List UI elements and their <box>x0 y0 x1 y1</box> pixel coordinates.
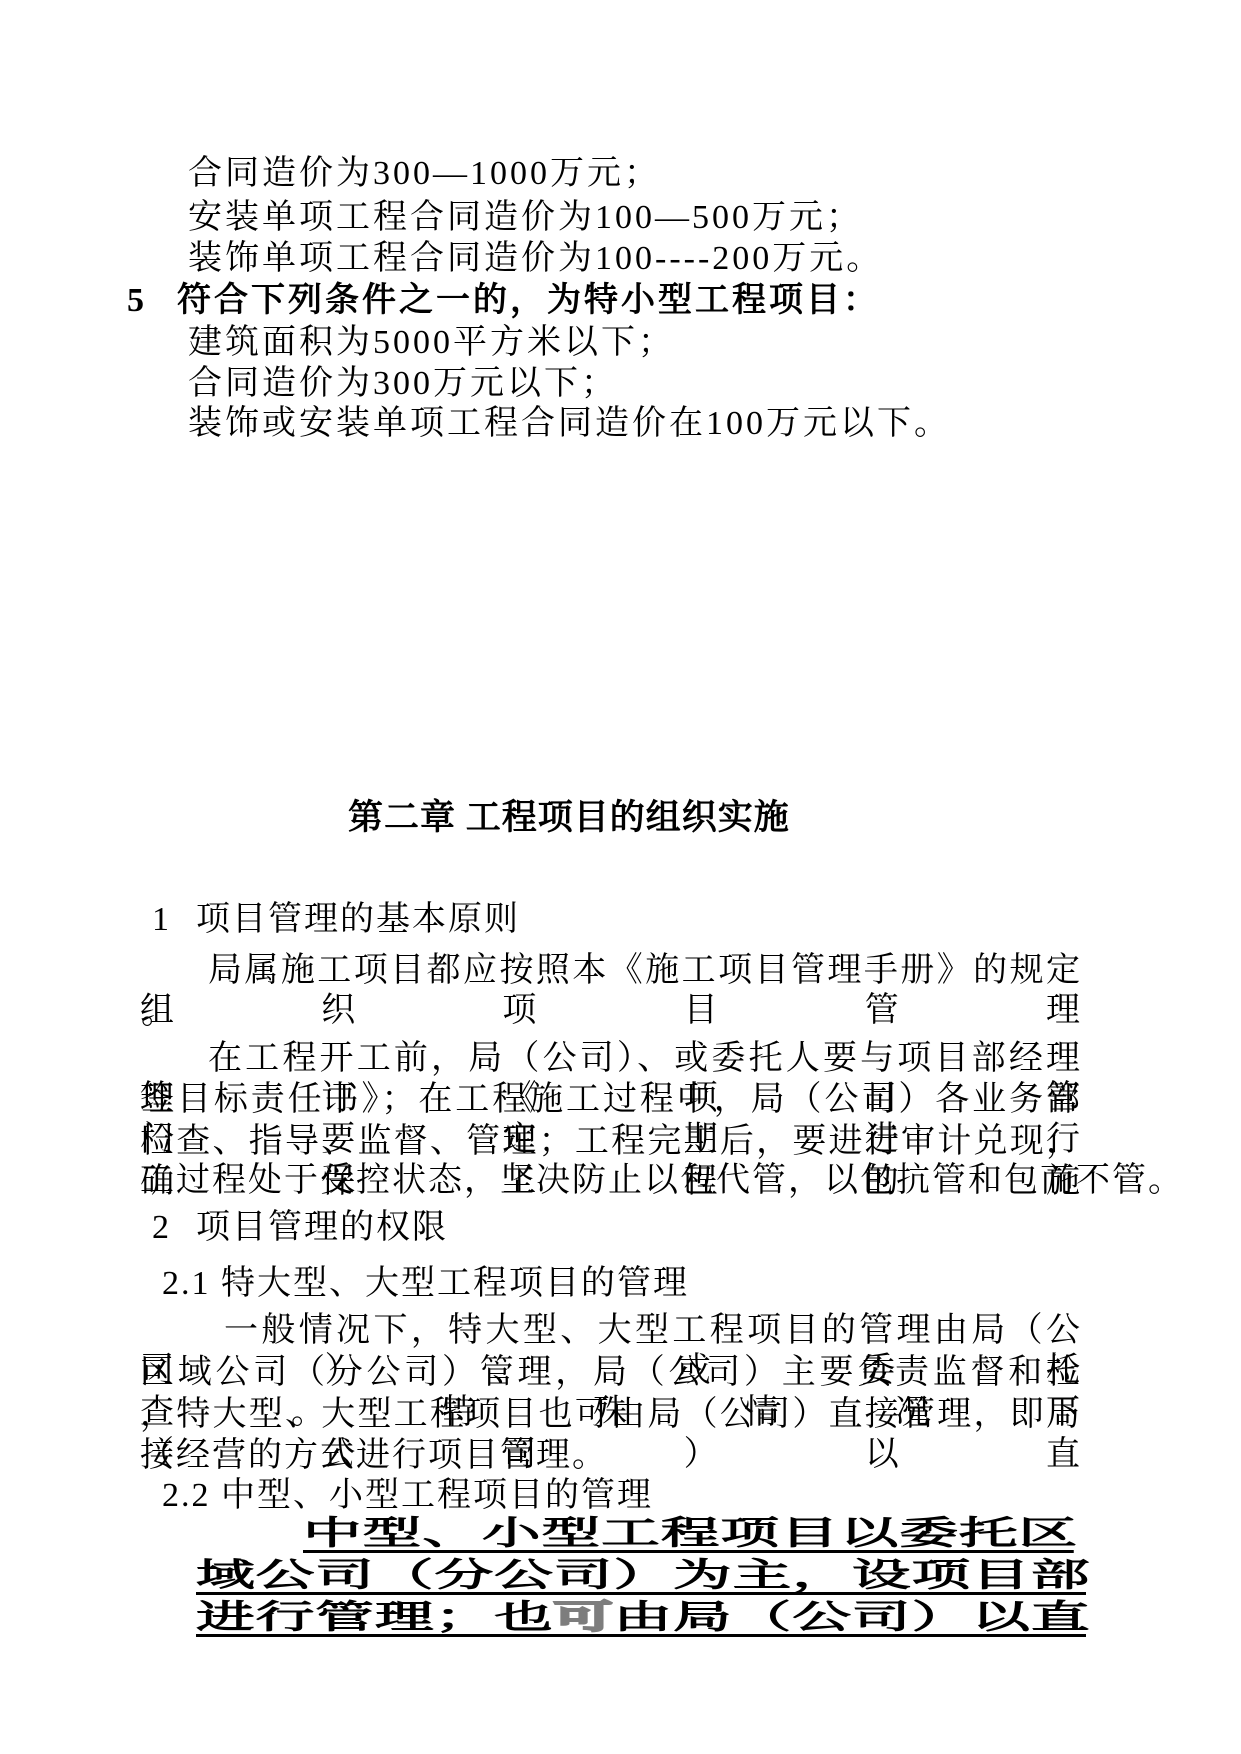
clause-line: 建筑面积为5000平方米以下； <box>188 323 675 363</box>
big-underlined-line: 进行管理；也可由局（公司）以直 <box>196 1600 1086 1637</box>
paragraph-line: 工过程处于受控状态，坚决防止以包代管，以包抗管和包而不管。 <box>140 1161 1184 1201</box>
chapter-heading: 第二章 工程项目的组织实施 <box>348 798 790 838</box>
section-title: 项目管理的权限 <box>196 1208 448 1248</box>
section-title: 项目管理的基本原则 <box>196 900 520 940</box>
list-item-number: 5 <box>127 281 147 321</box>
section-number: 2 <box>152 1208 171 1248</box>
big-underlined-line: 中型、小型工程项目以委托区 <box>303 1516 1074 1553</box>
wrapped-period: 。 <box>141 993 177 1033</box>
subsection-heading: 2.1 特大型、大型工程项目的管理 <box>162 1264 689 1304</box>
clause-line: 安装单项工程合同造价为100—500万元； <box>188 198 863 238</box>
section-number: 1 <box>152 900 171 940</box>
clause-line: 装饰或安装单项工程合同造价在100万元以下。 <box>188 404 951 444</box>
big-line-text: 由局（公司）以直 <box>613 1598 1090 1635</box>
document-page: 合同造价为300—1000万元； 安装单项工程合同造价为100—500万元； 装… <box>0 0 1241 1754</box>
paragraph-line: 接经营的方式进行项目管理。 <box>140 1436 608 1476</box>
list-item-title: 符合下列条件之一的，为特小型工程项目： <box>177 281 880 321</box>
big-line-text: 进行管理；也 <box>196 1598 554 1635</box>
clause-line: 合同造价为300—1000万元； <box>188 154 661 194</box>
clause-line: 合同造价为300万元以下； <box>188 364 618 404</box>
subsection-heading: 2.2 中型、小型工程项目的管理 <box>162 1476 653 1516</box>
clause-line: 装饰单项工程合同造价为100----200万元。 <box>188 239 883 279</box>
big-underlined-line: 域公司（分公司）为主，设项目部 <box>196 1558 1086 1595</box>
outlined-char: 可 <box>554 1598 614 1635</box>
paragraph-line: 局属施工项目都应按照本《施工项目管理手册》的规定组织项目管理 <box>140 951 1082 1031</box>
